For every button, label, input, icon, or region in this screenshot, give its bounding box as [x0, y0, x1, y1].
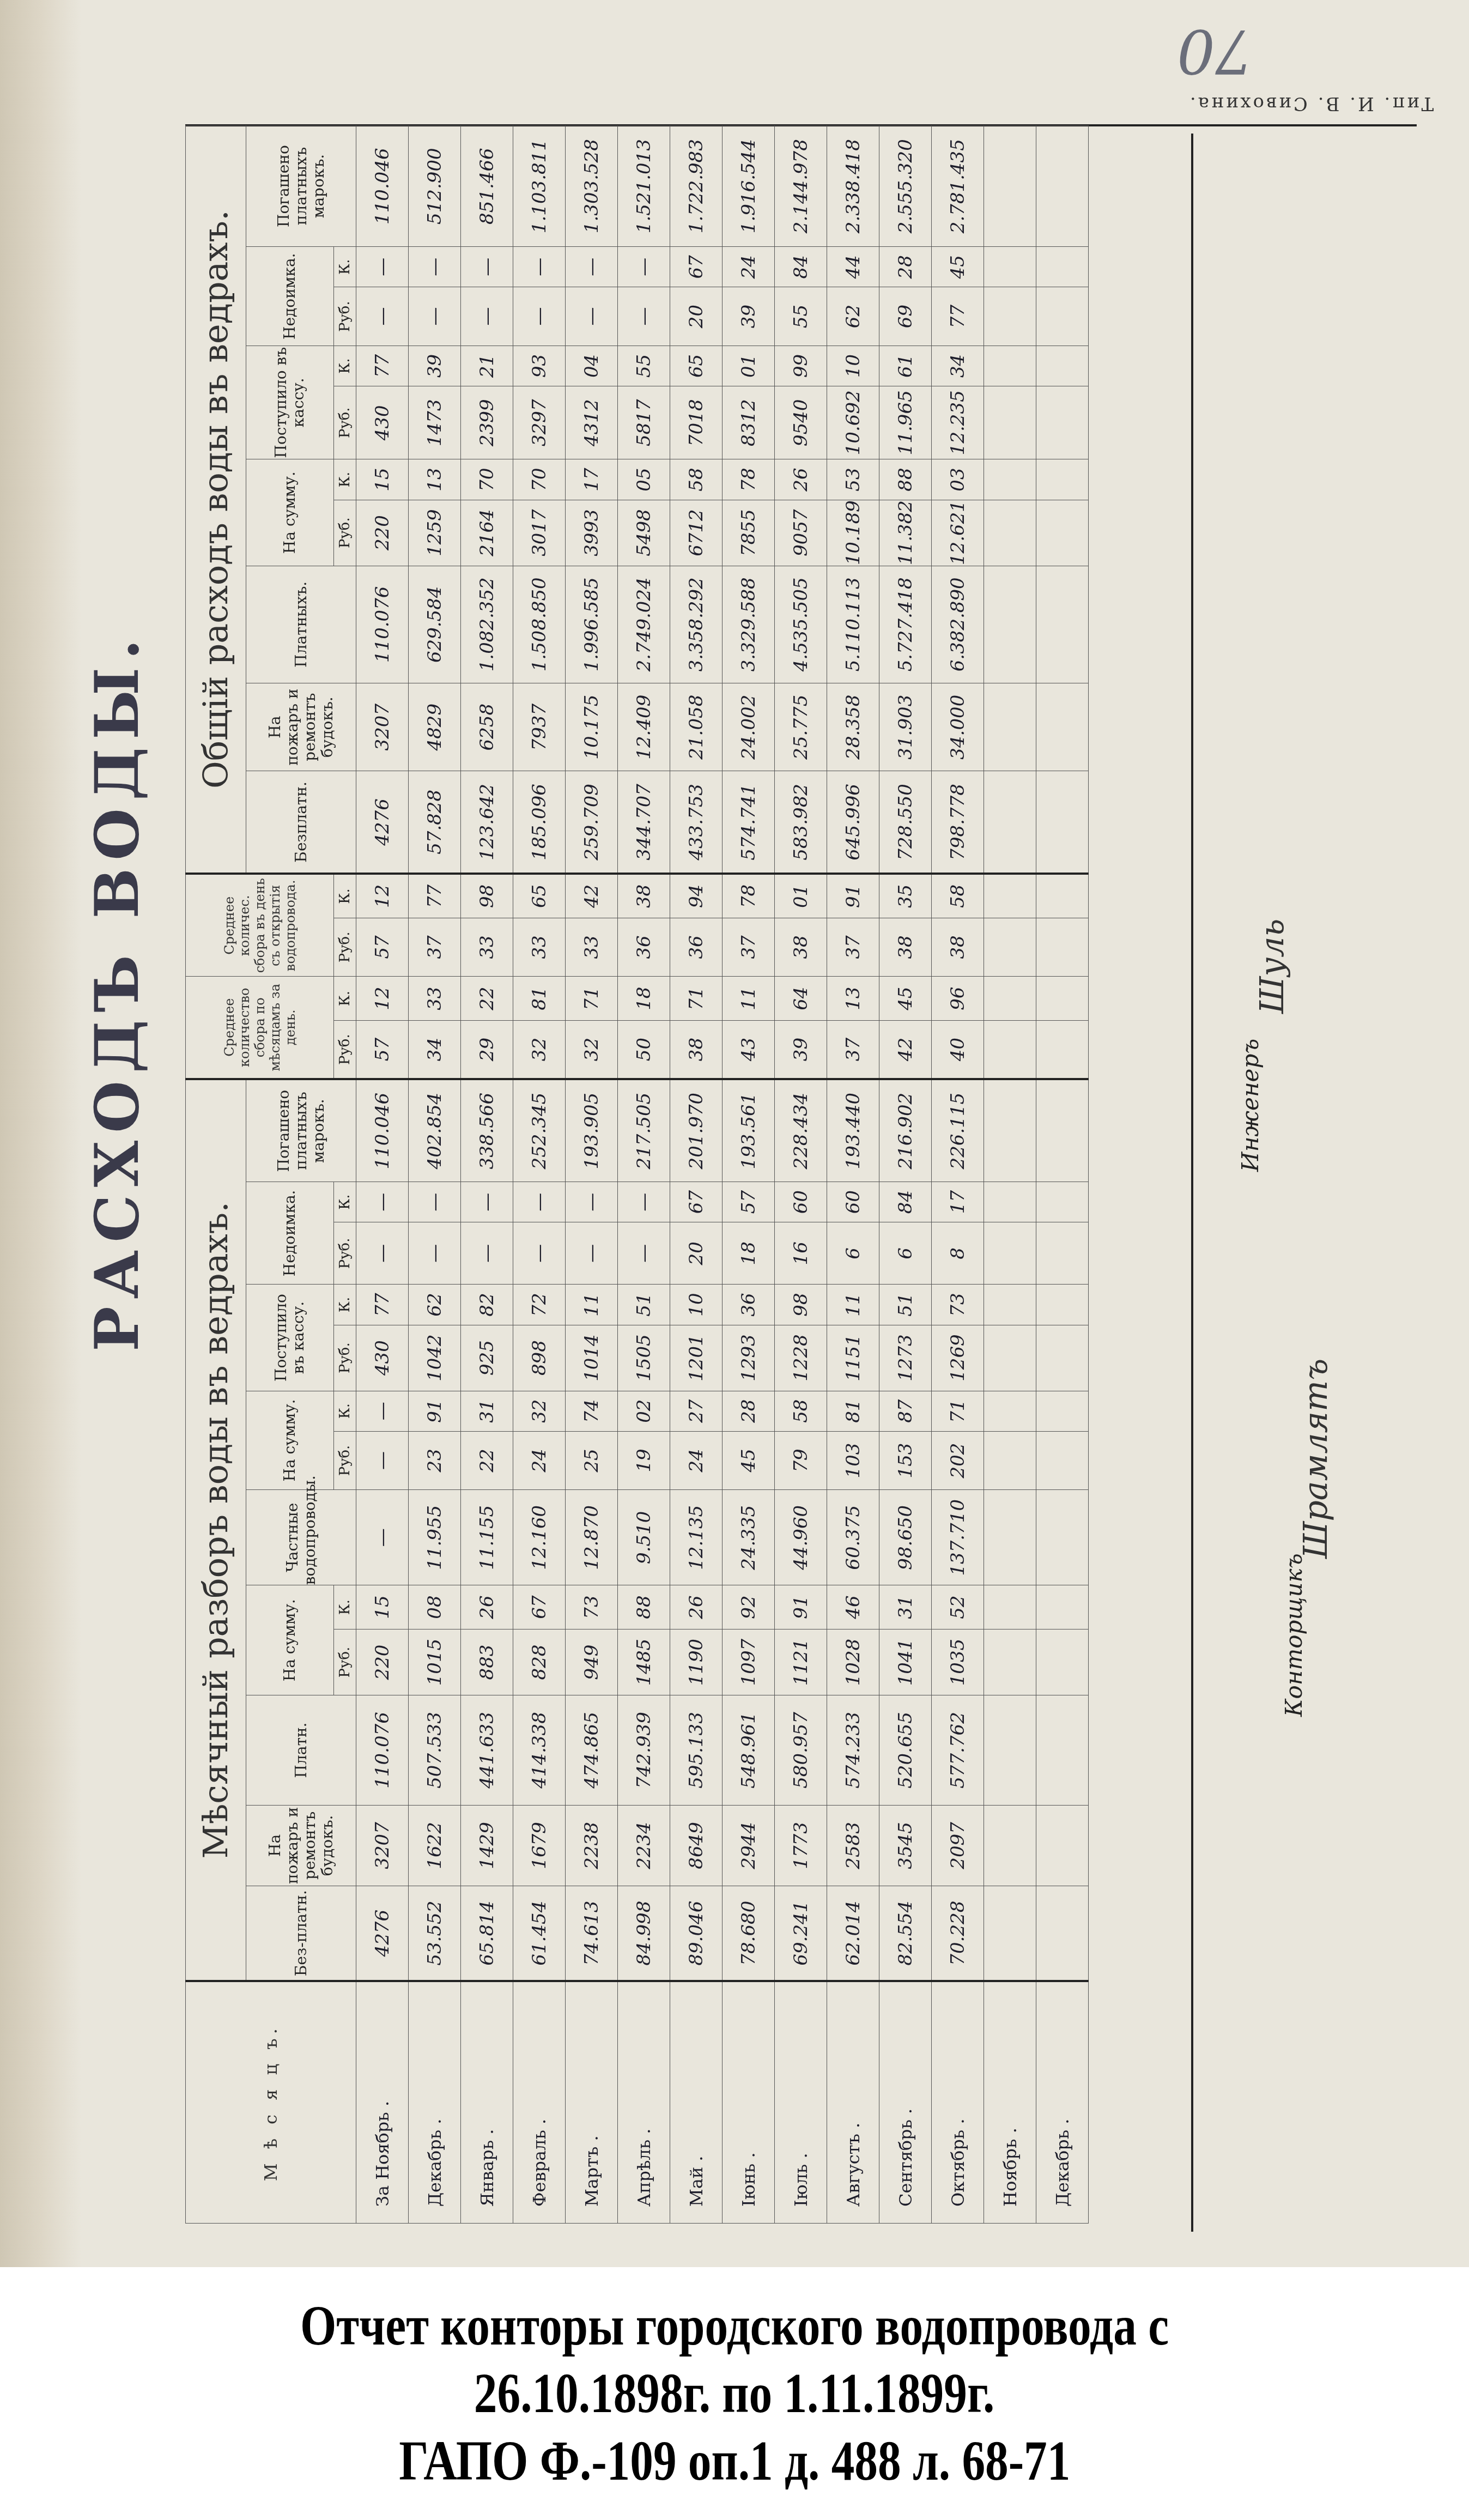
cell-t-kassa-r: 5817: [618, 386, 670, 459]
cell-m-pr-r: 23: [409, 1431, 461, 1490]
unit-rub: Руб.: [334, 1021, 356, 1080]
cell-t-kassa-r: 11.965: [879, 386, 932, 459]
cell-m-sum-r: 1485: [618, 1629, 670, 1695]
cell-m-ned-r: [984, 1222, 1036, 1285]
header-t-nedoimka: Недоимка.: [246, 247, 334, 346]
cell-t-pogash: 2.555.320: [879, 126, 932, 247]
cell-m-ned-r: [1036, 1222, 1089, 1285]
cell-avg-o-k: 38: [618, 874, 670, 918]
cell-m-ned-r: —: [409, 1222, 461, 1285]
cell-m-pr-k: [984, 1391, 1036, 1431]
month-cell: Ноябрь .: [984, 1981, 1036, 2223]
cell-t-pozhar: 3207: [356, 683, 409, 771]
cell-t-ned-k: —: [461, 247, 513, 287]
cell-m-bezpl: 78.680: [723, 1886, 775, 1981]
cell-avg-m-k: 96: [932, 977, 984, 1021]
cell-t-bezpl: [1036, 771, 1089, 874]
cell-t-sum-k: 17: [566, 459, 618, 500]
cell-t-pozhar: [1036, 683, 1089, 771]
rotated-ledger: РАСХОДЪ ВОДЫ. М ѣ с я ц ъ. Мѣсячный разб…: [185, 125, 1122, 2224]
cell-m-pr-k: 28: [723, 1391, 775, 1431]
cell-t-bezpl: 728.550: [879, 771, 932, 874]
header-m-chastnye: Частные водопроводы.: [246, 1490, 356, 1585]
cell-m-chastn: 12.135: [670, 1490, 723, 1585]
cell-avg-m-r: [1036, 1021, 1089, 1080]
month-cell: Августъ .: [827, 1981, 879, 2223]
header-average-since-opening: Среднее количес. сбора въ день съ открыт…: [186, 874, 334, 976]
cell-m-pr-k: 71: [932, 1391, 984, 1431]
cell-t-kassa-k: 10: [827, 346, 879, 386]
cell-m-kassa-k: 51: [879, 1285, 932, 1325]
cell-m-pogash: 252.345: [513, 1079, 566, 1182]
cell-m-kassa-r: 925: [461, 1325, 513, 1391]
cell-m-pr-r: 153: [879, 1431, 932, 1490]
cell-m-bezpl: 70.228: [932, 1886, 984, 1981]
table-row: Іюнь .78.6802944548.96110979224.33545281…: [723, 126, 775, 2224]
cell-t-bezpl: 57.828: [409, 771, 461, 874]
cell-m-sum-r: 1035: [932, 1629, 984, 1695]
table-row: Октябрь .70.2282097577.762103552137.7102…: [932, 126, 984, 2224]
cell-avg-o-k: 94: [670, 874, 723, 918]
cell-t-pozhar: 34.000: [932, 683, 984, 771]
cell-m-pozhar: [1036, 1805, 1089, 1886]
cell-t-sum-r: 1259: [409, 500, 461, 566]
cell-m-ned-k: —: [461, 1182, 513, 1222]
cell-avg-o-r: 37: [409, 918, 461, 977]
cell-avg-o-r: 38: [879, 918, 932, 977]
month-cell: Декабрь .: [409, 1981, 461, 2223]
cell-t-kassa-r: [984, 386, 1036, 459]
cell-m-ned-r: —: [461, 1222, 513, 1285]
cell-avg-m-r: 34: [409, 1021, 461, 1080]
cell-m-pozhar: 2097: [932, 1805, 984, 1886]
cell-m-ned-k: —: [356, 1182, 409, 1222]
page-edge-shadow: [0, 0, 82, 2267]
cell-avg-o-r: 37: [723, 918, 775, 977]
cell-t-platn: 3.329.588: [723, 566, 775, 683]
cell-m-chastn: —: [356, 1490, 409, 1585]
cell-t-bezpl: 4276: [356, 771, 409, 874]
cell-t-platn: 5.727.418: [879, 566, 932, 683]
cell-t-platn: 110.076: [356, 566, 409, 683]
cell-t-platn: 6.382.890: [932, 566, 984, 683]
unit-kop: К.: [334, 1391, 356, 1431]
cell-t-pogash: 1.103.811: [513, 126, 566, 247]
cell-t-ned-r: —: [409, 287, 461, 346]
cell-m-pogash: 110.046: [356, 1079, 409, 1182]
header-months: М ѣ с я ц ъ.: [186, 1981, 356, 2223]
cell-t-pozhar: [984, 683, 1036, 771]
month-cell: Декабрь .: [1036, 1981, 1089, 2223]
cell-t-kassa-r: 10.692: [827, 386, 879, 459]
cell-avg-o-r: 33: [513, 918, 566, 977]
cell-t-ned-k: [984, 247, 1036, 287]
cell-m-platn: 548.961: [723, 1695, 775, 1806]
cell-m-kassa-r: 1151: [827, 1325, 879, 1391]
cell-t-sum-k: 78: [723, 459, 775, 500]
table-row: Августъ .62.0142583574.23310284660.37510…: [827, 126, 879, 2224]
cell-m-pr-k: 31: [461, 1391, 513, 1431]
cell-avg-o-r: 33: [566, 918, 618, 977]
cell-m-chastn: 44.960: [775, 1490, 827, 1585]
cell-m-ned-r: —: [618, 1222, 670, 1285]
cell-m-ned-r: —: [566, 1222, 618, 1285]
header-m-pogasheno: Погашено платныхъ марокъ.: [246, 1079, 356, 1182]
cell-avg-m-r: 29: [461, 1021, 513, 1080]
cell-t-sum-r: 3993: [566, 500, 618, 566]
cell-t-pozhar: 7937: [513, 683, 566, 771]
header-m-summa: На сумму.: [246, 1585, 334, 1695]
cell-m-ned-r: 20: [670, 1222, 723, 1285]
cell-t-pozhar: 21.058: [670, 683, 723, 771]
cell-t-pogash: 512.900: [409, 126, 461, 247]
cell-m-bezpl: 61.454: [513, 1886, 566, 1981]
cell-m-kassa-r: 1505: [618, 1325, 670, 1391]
cell-t-pogash: 851.466: [461, 126, 513, 247]
engineer-label: Инженеръ: [1237, 1039, 1264, 1172]
cell-avg-m-r: 39: [775, 1021, 827, 1080]
cell-m-kassa-k: 98: [775, 1285, 827, 1325]
cell-m-sum-k: [984, 1585, 1036, 1629]
cell-t-pogash: [1036, 126, 1089, 247]
cell-t-kassa-r: 4312: [566, 386, 618, 459]
archival-scan: 70 Тип. И. В. Сивохина. РАСХОДЪ ВОДЫ. М …: [0, 0, 1469, 2267]
cell-m-pogash: 226.115: [932, 1079, 984, 1182]
unit-rub: Руб.: [334, 500, 356, 566]
cell-m-pogash: 216.902: [879, 1079, 932, 1182]
table-row: Май .89.0468649595.13311902612.135242712…: [670, 126, 723, 2224]
cell-avg-o-k: 35: [879, 874, 932, 918]
cell-m-ned-k: 17: [932, 1182, 984, 1222]
cell-m-pr-r: 22: [461, 1431, 513, 1490]
folio-number: 70: [1177, 16, 1253, 86]
cell-t-bezpl: [984, 771, 1036, 874]
cell-avg-m-r: 32: [513, 1021, 566, 1080]
table-bottom-rule: [1191, 134, 1193, 2232]
cell-m-chastn: [1036, 1490, 1089, 1585]
table-row: Ноябрь .: [984, 126, 1036, 2224]
cell-t-sum-k: 70: [513, 459, 566, 500]
cell-t-pozhar: 28.358: [827, 683, 879, 771]
header-m-kassa: Поступило въ кассу.: [246, 1285, 334, 1391]
cell-m-bezpl: [1036, 1886, 1089, 1981]
cell-m-kassa-k: 51: [618, 1285, 670, 1325]
unit-rub: Руб.: [334, 1222, 356, 1285]
cell-avg-o-r: [984, 918, 1036, 977]
cell-avg-o-k: [984, 874, 1036, 918]
cell-m-pr-r: 45: [723, 1431, 775, 1490]
cell-m-kassa-k: 11: [566, 1285, 618, 1325]
header-t-bezplatn: Безплатн.: [246, 771, 356, 874]
cell-t-bezpl: 185.096: [513, 771, 566, 874]
cell-avg-o-k: [1036, 874, 1089, 918]
cell-t-bezpl: 798.778: [932, 771, 984, 874]
cell-m-sum-k: 92: [723, 1585, 775, 1629]
cell-t-kassa-r: 9540: [775, 386, 827, 459]
cell-t-platn: 3.358.292: [670, 566, 723, 683]
cell-t-kassa-k: [1036, 346, 1089, 386]
cell-t-pozhar: 10.175: [566, 683, 618, 771]
cell-t-sum-r: 12.621: [932, 500, 984, 566]
cell-m-kassa-k: 73: [932, 1285, 984, 1325]
cell-t-platn: [984, 566, 1036, 683]
unit-rub: Руб.: [334, 386, 356, 459]
header-m-summa-2: На сумму.: [246, 1391, 334, 1490]
cell-m-platn: 577.762: [932, 1695, 984, 1806]
cell-m-bezpl: 89.046: [670, 1886, 723, 1981]
cell-m-pozhar: 3545: [879, 1805, 932, 1886]
cell-m-pogash: [1036, 1079, 1089, 1182]
cell-t-bezpl: 433.753: [670, 771, 723, 874]
cell-t-bezpl: 645.996: [827, 771, 879, 874]
table-row: Декабрь .: [1036, 126, 1089, 2224]
cell-m-chastn: 12.870: [566, 1490, 618, 1585]
cell-avg-m-k: 81: [513, 977, 566, 1021]
cell-t-kassa-k: 21: [461, 346, 513, 386]
caption-line-2: 26.10.1898г. по 1.11.1899г.: [474, 2360, 994, 2427]
cell-m-kassa-k: 77: [356, 1285, 409, 1325]
unit-rub: Руб.: [334, 1431, 356, 1490]
table-row: За Ноябрь .42763207110.07622015———43077—…: [356, 126, 409, 2224]
cell-avg-o-r: 36: [618, 918, 670, 977]
month-cell: Февраль .: [513, 1981, 566, 2223]
cell-m-sum-r: [1036, 1629, 1089, 1695]
cell-m-ned-k: —: [409, 1182, 461, 1222]
cell-t-ned-r: 62: [827, 287, 879, 346]
cell-t-ned-k: 24: [723, 247, 775, 287]
cell-m-chastn: 12.160: [513, 1490, 566, 1585]
cell-t-kassa-r: 430: [356, 386, 409, 459]
cell-avg-o-k: 91: [827, 874, 879, 918]
cell-m-pozhar: 2583: [827, 1805, 879, 1886]
cell-t-sum-k: 05: [618, 459, 670, 500]
cell-m-platn: 441.633: [461, 1695, 513, 1806]
cell-m-sum-k: 15: [356, 1585, 409, 1629]
cell-m-bezpl: 53.552: [409, 1886, 461, 1981]
table-row: Январь .65.8141429441.6338832611.1552231…: [461, 126, 513, 2224]
cell-m-platn: 742.939: [618, 1695, 670, 1806]
header-average-monthly: Среднее количество сбора по мѣсяцамъ за …: [186, 977, 334, 1079]
cell-m-pr-k: 74: [566, 1391, 618, 1431]
cell-t-sum-r: 5498: [618, 500, 670, 566]
cell-m-chastn: 137.710: [932, 1490, 984, 1585]
cell-m-kassa-k: 10: [670, 1285, 723, 1325]
cell-m-bezpl: 82.554: [879, 1886, 932, 1981]
cell-avg-m-k: 64: [775, 977, 827, 1021]
cell-m-pogash: 228.434: [775, 1079, 827, 1182]
cell-avg-m-k: 33: [409, 977, 461, 1021]
cell-avg-m-r: 37: [827, 1021, 879, 1080]
cell-m-platn: [1036, 1695, 1089, 1806]
cell-avg-o-k: 65: [513, 874, 566, 918]
unit-rub: Руб.: [334, 1325, 356, 1391]
cell-m-pogash: 193.561: [723, 1079, 775, 1182]
cell-m-pr-r: 25: [566, 1431, 618, 1490]
cell-avg-o-r: 57: [356, 918, 409, 977]
cell-m-ned-k: [1036, 1182, 1089, 1222]
cell-t-kassa-k: 04: [566, 346, 618, 386]
cell-avg-o-k: 98: [461, 874, 513, 918]
cell-m-ned-k: [984, 1182, 1036, 1222]
cell-avg-m-k: [984, 977, 1036, 1021]
month-cell: Октябрь .: [932, 1981, 984, 2223]
cell-m-chastn: 24.335: [723, 1490, 775, 1585]
month-cell: Іюль .: [775, 1981, 827, 2223]
table-row: Мартъ .74.6132238474.8659497312.87025741…: [566, 126, 618, 2224]
table-row: Апрѣль .84.9982234742.9391485889.5101902…: [618, 126, 670, 2224]
cell-t-ned-k: 45: [932, 247, 984, 287]
caption-line-1: Отчет конторы городского водопровода с: [300, 2292, 1169, 2360]
cell-m-sum-k: 08: [409, 1585, 461, 1629]
cell-m-chastn: 9.510: [618, 1490, 670, 1585]
cell-m-sum-k: 91: [775, 1585, 827, 1629]
cell-m-pr-r: —: [356, 1431, 409, 1490]
cell-m-sum-r: 1041: [879, 1629, 932, 1695]
cell-m-bezpl: 4276: [356, 1886, 409, 1981]
cell-m-kassa-r: 1201: [670, 1325, 723, 1391]
header-t-pogasheno: Погашено платныхъ марокъ.: [246, 126, 356, 247]
cell-m-pozhar: 1622: [409, 1805, 461, 1886]
cell-avg-m-r: 50: [618, 1021, 670, 1080]
cell-m-pr-k: 87: [879, 1391, 932, 1431]
month-cell: Сентябрь .: [879, 1981, 932, 2223]
cell-m-pr-r: 19: [618, 1431, 670, 1490]
table-row: Іюль .69.2411773580.95711219144.96079581…: [775, 126, 827, 2224]
cell-m-ned-k: 60: [827, 1182, 879, 1222]
cell-t-pogash: 2.144.978: [775, 126, 827, 247]
table-row: Февраль .61.4541679414.3388286712.160243…: [513, 126, 566, 2224]
cell-t-sum-k: 58: [670, 459, 723, 500]
cell-avg-o-k: 12: [356, 874, 409, 918]
cell-m-bezpl: 74.613: [566, 1886, 618, 1981]
cell-m-sum-r: 828: [513, 1629, 566, 1695]
cell-m-sum-k: 52: [932, 1585, 984, 1629]
cell-m-ned-k: 57: [723, 1182, 775, 1222]
cell-t-sum-k: 26: [775, 459, 827, 500]
cell-t-ned-r: 69: [879, 287, 932, 346]
cell-m-sum-k: 67: [513, 1585, 566, 1629]
cell-avg-m-k: 45: [879, 977, 932, 1021]
cell-t-ned-k: —: [618, 247, 670, 287]
cell-t-platn: [1036, 566, 1089, 683]
month-cell: Мартъ .: [566, 1981, 618, 2223]
cell-m-chastn: 11.955: [409, 1490, 461, 1585]
header-t-summa: На сумму.: [246, 459, 334, 566]
cell-t-kassa-k: 77: [356, 346, 409, 386]
cell-avg-o-r: 38: [932, 918, 984, 977]
cell-t-sum-r: 7855: [723, 500, 775, 566]
cell-m-kassa-k: 62: [409, 1285, 461, 1325]
cell-t-kassa-r: 3297: [513, 386, 566, 459]
cell-t-pozhar: 6258: [461, 683, 513, 771]
cell-t-pogash: 110.046: [356, 126, 409, 247]
unit-kop: К.: [334, 1285, 356, 1325]
cell-m-kassa-k: 11: [827, 1285, 879, 1325]
cell-t-ned-r: 20: [670, 287, 723, 346]
cell-avg-o-r: 37: [827, 918, 879, 977]
cell-m-pr-r: 24: [670, 1431, 723, 1490]
cell-m-kassa-r: [1036, 1325, 1089, 1391]
cell-m-pr-k: 32: [513, 1391, 566, 1431]
cell-m-pr-r: [1036, 1431, 1089, 1490]
cell-t-sum-k: 13: [409, 459, 461, 500]
cell-t-sum-r: 9057: [775, 500, 827, 566]
cell-t-pogash: 1.916.544: [723, 126, 775, 247]
cell-m-pogash: 193.905: [566, 1079, 618, 1182]
cell-t-sum-r: 220: [356, 500, 409, 566]
cell-m-pozhar: 1429: [461, 1805, 513, 1886]
cell-m-sum-r: 1015: [409, 1629, 461, 1695]
ledger-sheet: РАСХОДЪ ВОДЫ. М ѣ с я ц ъ. Мѣсячный разб…: [185, 125, 1122, 2224]
cell-t-kassa-r: 8312: [723, 386, 775, 459]
cell-m-platn: 474.865: [566, 1695, 618, 1806]
header-monthly-group: Мѣсячный разборъ воды въ ведрахъ.: [186, 1079, 246, 1981]
cell-avg-o-r: [1036, 918, 1089, 977]
cell-t-kassa-r: 1473: [409, 386, 461, 459]
cell-m-ned-r: —: [356, 1222, 409, 1285]
cell-m-bezpl: 62.014: [827, 1886, 879, 1981]
cell-avg-o-r: 36: [670, 918, 723, 977]
cell-t-sum-r: [984, 500, 1036, 566]
cell-t-pozhar: 24.002: [723, 683, 775, 771]
cell-t-sum-k: 88: [879, 459, 932, 500]
unit-rub: Руб.: [334, 287, 356, 346]
month-cell: Январь .: [461, 1981, 513, 2223]
water-consumption-table: М ѣ с я ц ъ. Мѣсячный разборъ воды въ ве…: [185, 125, 1089, 2224]
cell-avg-m-k: [1036, 977, 1089, 1021]
cell-t-kassa-k: [984, 346, 1036, 386]
cell-t-ned-r: —: [513, 287, 566, 346]
cell-m-pr-r: 79: [775, 1431, 827, 1490]
cell-m-pogash: [984, 1079, 1036, 1182]
cell-avg-m-k: 71: [670, 977, 723, 1021]
cell-t-sum-r: 2164: [461, 500, 513, 566]
cell-t-kassa-k: 01: [723, 346, 775, 386]
cell-t-kassa-k: 99: [775, 346, 827, 386]
cell-m-kassa-k: [984, 1285, 1036, 1325]
cell-t-ned-r: —: [566, 287, 618, 346]
cell-m-pr-k: 02: [618, 1391, 670, 1431]
cell-m-ned-r: 8: [932, 1222, 984, 1285]
unit-kop: К.: [334, 247, 356, 287]
table-row: Декабрь .53.5521622507.53310150811.95523…: [409, 126, 461, 2224]
cell-t-ned-r: —: [356, 287, 409, 346]
cell-avg-m-k: 22: [461, 977, 513, 1021]
cell-m-pr-r: 103: [827, 1431, 879, 1490]
cell-m-platn: [984, 1695, 1036, 1806]
header-m-pozhar: На пожаръ и ремонтъ будокъ.: [246, 1805, 356, 1886]
unit-kop: К.: [334, 346, 356, 386]
cell-m-platn: 414.338: [513, 1695, 566, 1806]
cell-m-kassa-r: 1293: [723, 1325, 775, 1391]
cell-m-ned-r: 6: [827, 1222, 879, 1285]
unit-kop: К.: [334, 874, 356, 918]
cell-t-ned-k: —: [513, 247, 566, 287]
unit-rub: Руб.: [334, 1629, 356, 1695]
cell-avg-m-k: 13: [827, 977, 879, 1021]
cell-t-ned-k: [1036, 247, 1089, 287]
unit-kop: К.: [334, 1182, 356, 1222]
cell-t-pozhar: 25.775: [775, 683, 827, 771]
cell-t-kassa-r: 12.235: [932, 386, 984, 459]
cell-avg-m-r: 42: [879, 1021, 932, 1080]
cell-m-platn: 574.233: [827, 1695, 879, 1806]
cell-t-sum-k: 03: [932, 459, 984, 500]
cell-avg-m-r: [984, 1021, 1036, 1080]
cell-m-kassa-r: [984, 1325, 1036, 1391]
cell-m-sum-r: 1190: [670, 1629, 723, 1695]
cell-avg-m-r: 57: [356, 1021, 409, 1080]
